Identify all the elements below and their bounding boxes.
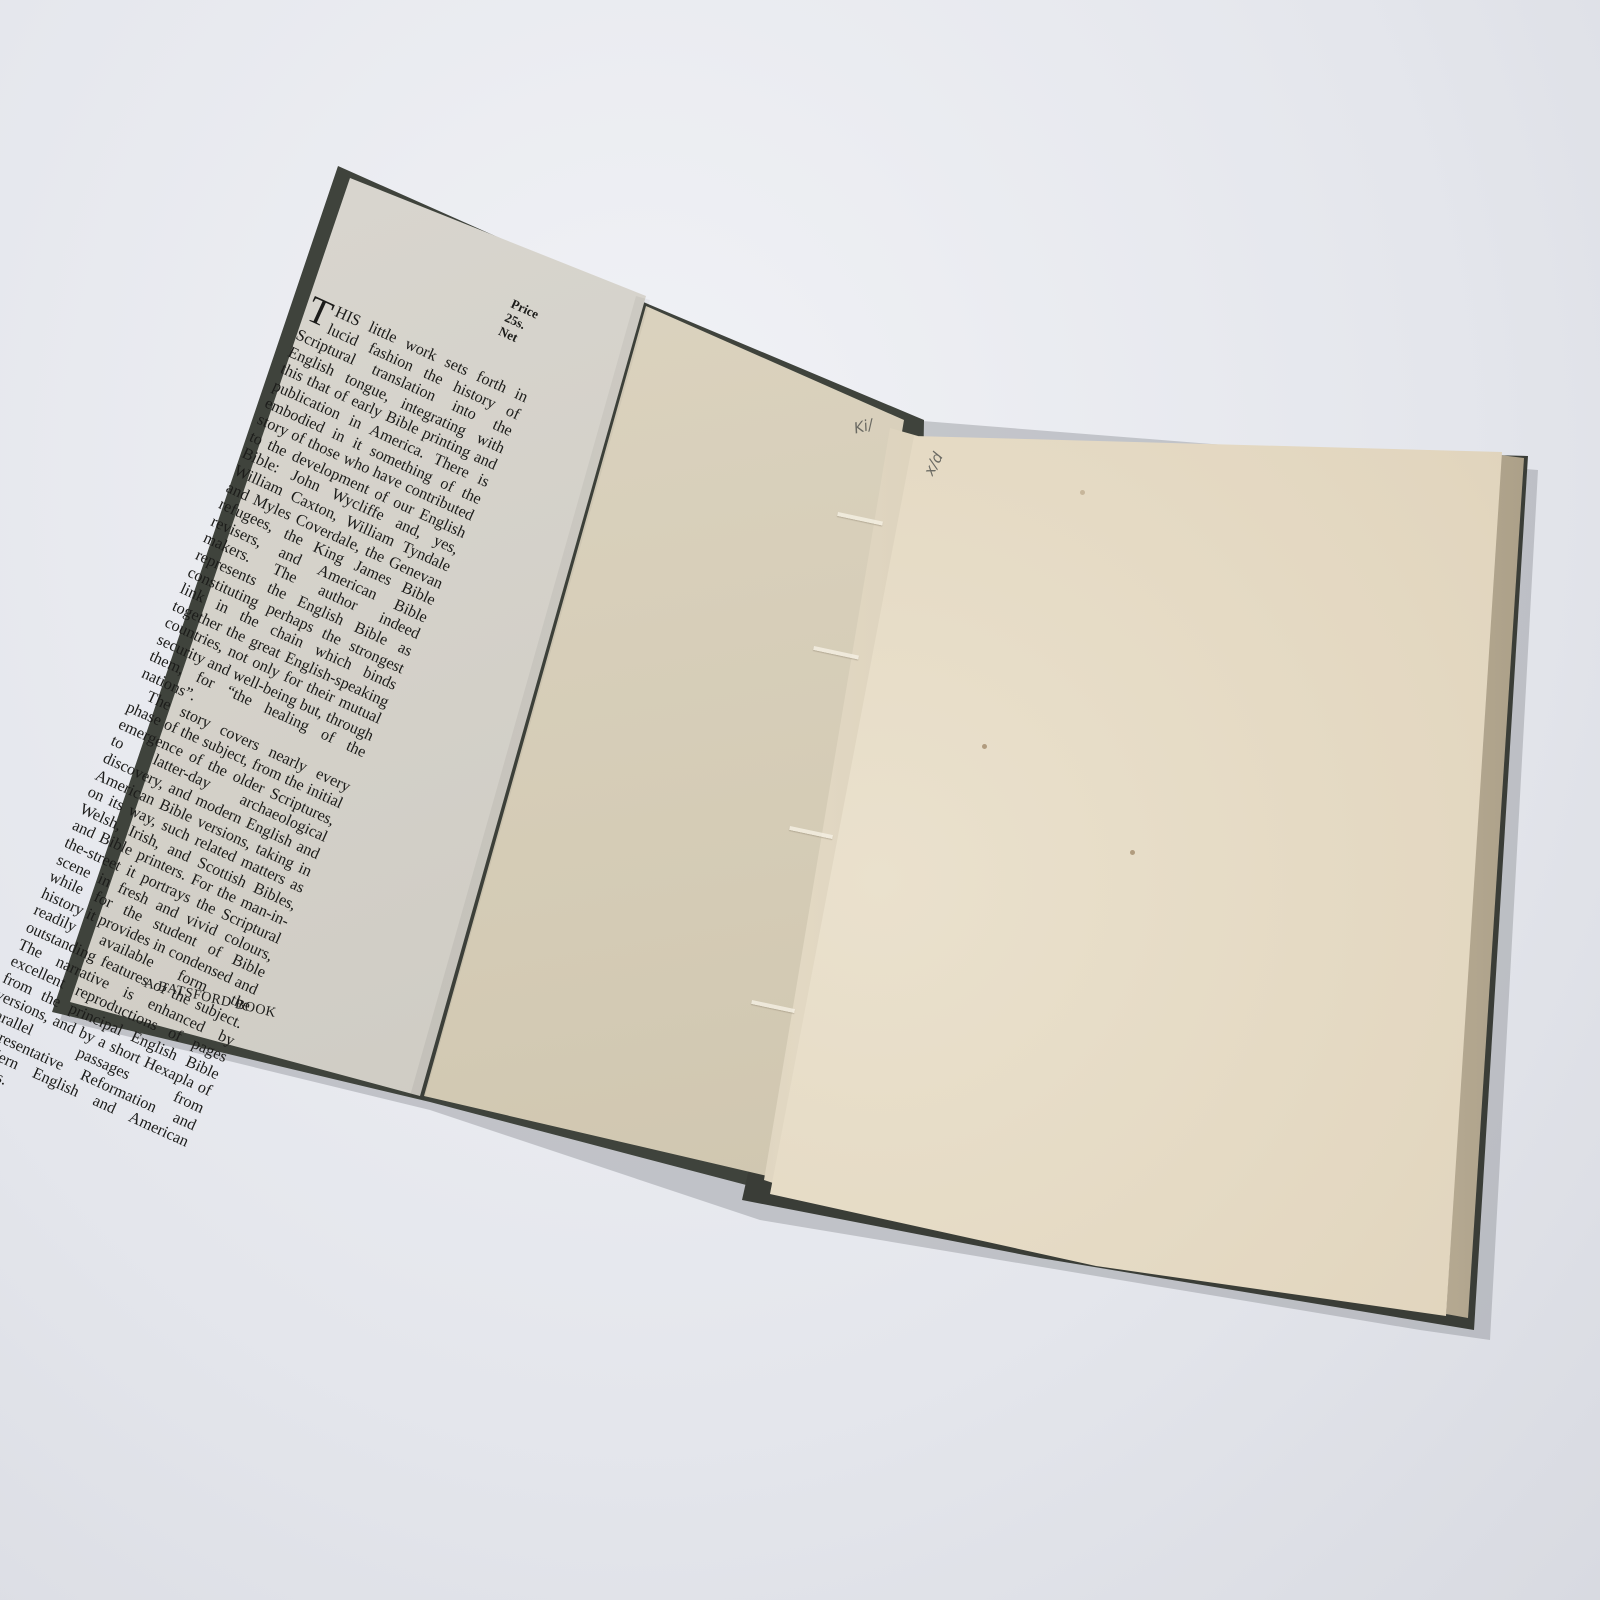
foxing-spot: [1080, 490, 1085, 495]
foxing-spot: [1130, 850, 1135, 855]
foxing-spot: [982, 744, 987, 749]
